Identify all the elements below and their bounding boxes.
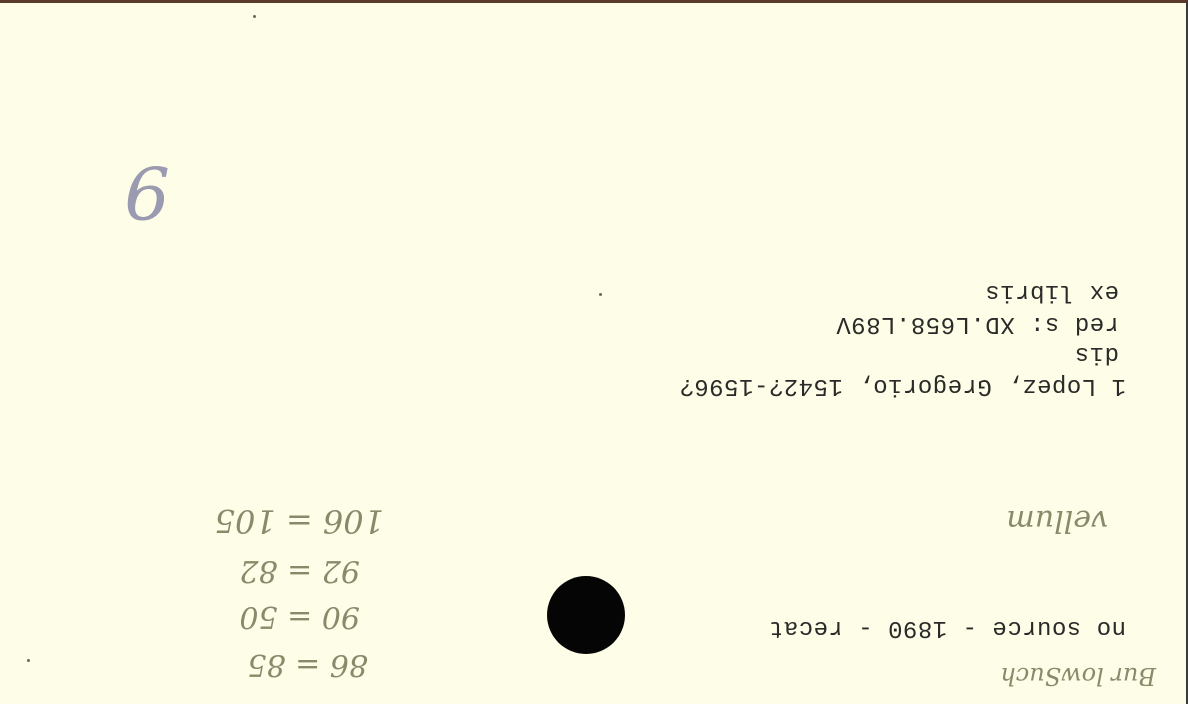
figure-row-1: 86 = 85 [247,647,368,682]
main-heading: 1 Lopez, Gregorio, 1542?-1596? [679,370,1126,400]
line-ex-libris: ex libris [985,276,1119,306]
pencil-mark: 9 [124,150,170,234]
catalog-card: 1 Lopez, Gregorio, 1542?-1596? dis red s… [0,0,1188,704]
speck [599,293,602,296]
speck [27,659,30,662]
handwritten-vellum: vellum [1006,503,1108,538]
speck [253,15,256,18]
figure-row-3: 92 = 82 [239,553,360,588]
punch-hole [547,576,625,654]
call-number-line: red s: XD.L658.L89V [836,308,1119,338]
line-dis: dis [1074,338,1119,368]
figure-row-4: 106 = 105 [215,502,384,540]
source-note: no source - 1890 - recat [768,612,1126,642]
handwritten-note-bottom: Bur lowSuch [1000,662,1156,690]
figure-row-2: 90 = 50 [239,599,360,634]
